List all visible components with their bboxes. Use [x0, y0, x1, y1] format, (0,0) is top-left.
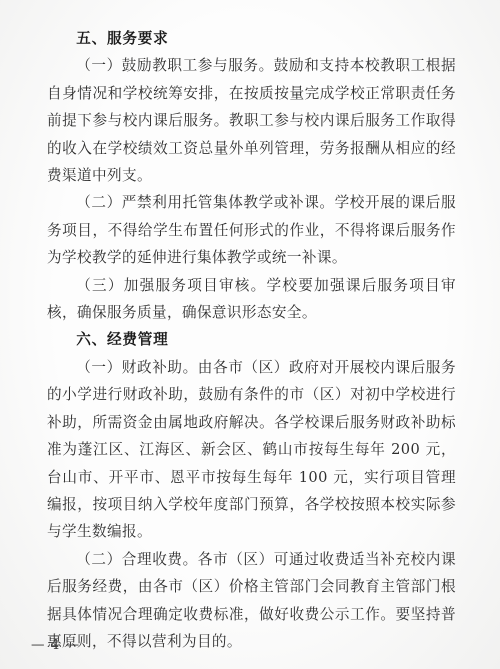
paragraph-reasonable-fees: （二）合理收费。各市（区）可通过收费适当补充校内课后服务经费，由各市（区）价格主…: [47, 546, 456, 656]
page-number: — 4 —: [31, 637, 80, 653]
section-heading-service-requirements: 五、服务要求: [47, 25, 456, 52]
document-body: 五、服务要求 （一）鼓励教职工参与服务。鼓励和支持本校教职工根据自身情况和学校统…: [47, 25, 456, 655]
section-heading-funds-management: 六、经费管理: [47, 326, 456, 353]
paragraph-prohibit-group-teaching: （二）严禁利用托管集体教学或补课。学校开展的课后服务项目，不得给学生布置任何形式…: [47, 189, 456, 271]
document-page: 五、服务要求 （一）鼓励教职工参与服务。鼓励和支持本校教职工根据自身情况和学校统…: [0, 0, 500, 669]
paragraph-fiscal-subsidy: （一）财政补助。由各市（区）政府对开展校内课后服务的小学进行财政补助，鼓励有条件…: [47, 354, 456, 546]
paragraph-encourage-staff-participation: （一）鼓励教职工参与服务。鼓励和支持本校教职工根据自身情况和学校统筹安排，在按质…: [47, 52, 456, 189]
paragraph-strengthen-project-review: （三）加强服务项目审核。学校要加强课后服务项目审核，确保服务质量，确保意识形态安…: [47, 272, 456, 327]
